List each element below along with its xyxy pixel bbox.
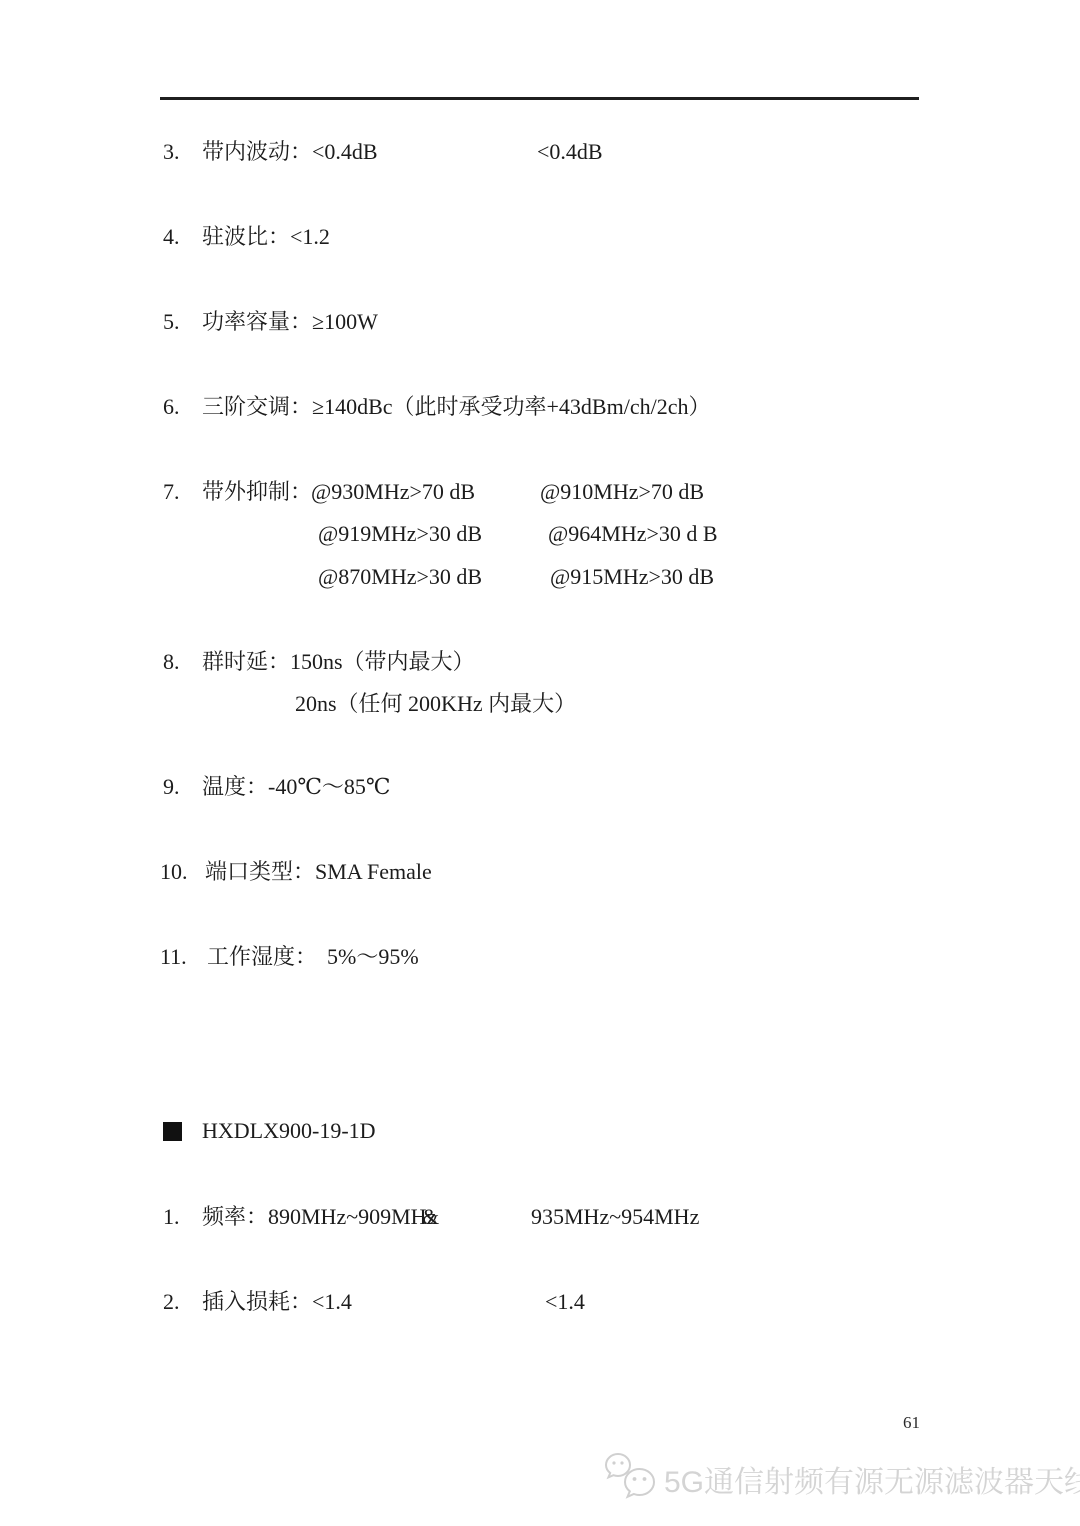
item-9-number: 9. <box>163 774 180 800</box>
item-10-text: 端口类型：SMA Female <box>205 859 432 885</box>
item-5-text: 功率容量：≥100W <box>202 309 378 335</box>
model-item-2-text: 插入损耗：<1.4 <box>202 1289 352 1315</box>
model-name: HXDLX900-19-1D <box>202 1118 376 1144</box>
watermark-text: 5G通信射频有源无源滤波器天线 <box>664 1457 1080 1501</box>
model-item-1-number: 1. <box>163 1204 180 1230</box>
item-3-number: 3. <box>163 139 180 165</box>
wechat-icon <box>603 1452 657 1505</box>
model-bullet-square <box>163 1122 182 1141</box>
item-6-text: 三阶交调：≥140dBc（此时承受功率+43dBm/ch/2ch） <box>202 394 710 420</box>
item-3-value-col2: <0.4dB <box>537 139 603 165</box>
item-7-row3-col2: @915MHz>30 dB <box>550 564 714 590</box>
model-item-1-label: 频率：890MHz~909MHz <box>202 1204 436 1230</box>
item-3-text: 带内波动：<0.4dB <box>202 139 378 165</box>
item-7-row1-col1: @930MHz>70 dB <box>311 479 475 505</box>
item-8-number: 8. <box>163 649 180 675</box>
model-item-1-col2: 935MHz~954MHz <box>531 1204 699 1230</box>
watermark: 5G通信射频有源无源滤波器天线 <box>603 1452 1080 1505</box>
item-4-number: 4. <box>163 224 180 250</box>
model-item-1-ampersand: & <box>422 1204 439 1230</box>
item-8-text: 群时延：150ns（带内最大） <box>202 649 475 675</box>
item-11-label: 工作湿度： <box>207 944 317 970</box>
header-rule <box>160 97 919 100</box>
item-7-row2-col2: @964MHz>30 d B <box>548 521 718 547</box>
item-6-number: 6. <box>163 394 180 420</box>
model-item-2-col2: <1.4 <box>545 1289 585 1315</box>
item-9-text: 温度：-40℃～85℃ <box>202 774 391 800</box>
item-7-number: 7. <box>163 479 180 505</box>
model-item-2-number: 2. <box>163 1289 180 1315</box>
item-7-label: 带外抑制： <box>202 479 312 505</box>
item-7-row2-col1: @919MHz>30 dB <box>318 521 482 547</box>
item-4-text: 驻波比：<1.2 <box>202 224 330 250</box>
item-11-value: 5%～95% <box>327 944 419 970</box>
item-10-number: 10. <box>160 859 188 885</box>
item-5-number: 5. <box>163 309 180 335</box>
page-number: 61 <box>903 1413 920 1433</box>
document-page: 3. 带内波动：<0.4dB <0.4dB 4. 驻波比：<1.2 5. 功率容… <box>0 0 1080 1526</box>
item-7-row3-col1: @870MHz>30 dB <box>318 564 482 590</box>
item-8-line2: 20ns（任何 200KHz 内最大） <box>295 691 576 717</box>
item-11-number: 11. <box>160 944 187 970</box>
item-7-row1-col2: @910MHz>70 dB <box>540 479 704 505</box>
